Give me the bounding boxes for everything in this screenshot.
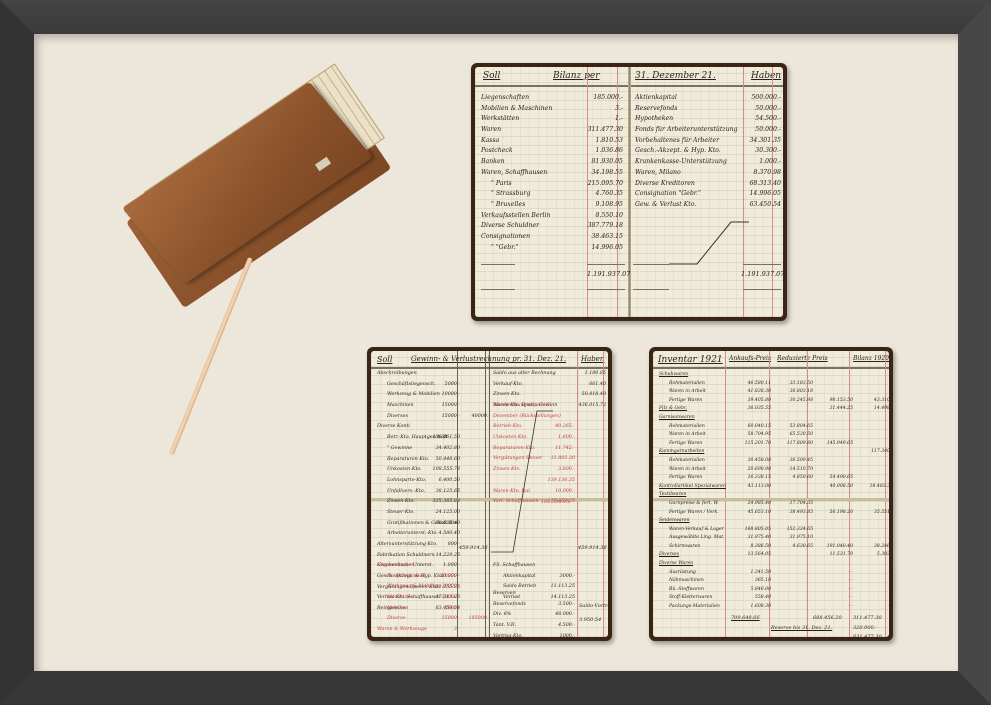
inventory-col-prev: Bilanz 1920 xyxy=(853,355,889,362)
ledger-row-label: Waren, Milano xyxy=(635,168,681,179)
ledger-row: Liegenschaften185.000.- xyxy=(481,93,631,104)
ledger-row-amount: 30000.- xyxy=(442,584,460,591)
ledger-row-amount: 34.402.80 xyxy=(436,446,460,453)
inventory-row: Seidenwaren xyxy=(659,517,889,526)
inventory-row-group: 31.444.25 xyxy=(830,405,853,414)
ledger-row-label: Liegenschaften xyxy=(377,563,414,570)
ledger-row-amount: 11.113.25 xyxy=(551,584,575,591)
inventory-row-label: Bü.-Stoffwaren xyxy=(669,586,704,595)
ledger-row-label: Vorbehaltenes für Arbeiter xyxy=(635,136,719,147)
inventory-row-label: Packungs-Materialien xyxy=(669,603,720,612)
frame-right-edge xyxy=(958,0,991,705)
inventory-row: Diverses13.564.0511.531.705.303.- xyxy=(659,551,889,560)
frame-left-edge xyxy=(0,0,34,705)
ledger-row-amount: 10.000.- xyxy=(555,489,575,496)
ledger-row-label: " Strassburg xyxy=(491,189,530,200)
ledger-row-amount: 38.463.15 xyxy=(592,232,624,243)
ledger-row-subtotal: 40000.- xyxy=(472,414,490,421)
ledger-row: Abschreibungen xyxy=(377,371,492,382)
ledger-row-label: Diverse Kreditoren xyxy=(635,179,695,190)
ledger-row: Werkstätten1.- xyxy=(481,114,631,125)
ledger-row-label: Werkstätten xyxy=(481,114,519,125)
ledger-row-label: Arbeiterunterst.-Kto. xyxy=(387,531,438,538)
ledger-row: Waren & Werkzeuge3.- xyxy=(377,627,492,637)
ledger-row: Diverses15000.-40000.- xyxy=(377,414,492,425)
inventory-row: Schuhwaren xyxy=(659,371,889,380)
ledger-row-amount: 500.000.- xyxy=(751,93,781,104)
ledger-row: Aktienkapital500.000.- xyxy=(635,93,783,104)
ledger-row: " Bruxelles9.108.95 xyxy=(481,200,631,211)
ledger-row-amount: 1.810.53 xyxy=(595,136,623,147)
pl-spread: Soll Gewinn- & Verlustrechnung pr. 31. D… xyxy=(371,351,608,637)
ledger-row: Liegenschaften xyxy=(377,563,492,574)
inventory-row-label: Kontrollartikel Spezialwaren xyxy=(659,483,726,492)
ledger-row-label: Unfallvers.-Kto. xyxy=(387,489,425,496)
ledger-row-amount: 436.015.72 xyxy=(579,403,606,410)
ledger-row: Waren311.477.30 xyxy=(481,125,631,136)
ledger-row-amount: 48.000.- xyxy=(555,612,575,619)
ledger-row-amount: 5000.- xyxy=(445,382,460,389)
ledger-row-label: Waren xyxy=(481,125,501,136)
pl-reserve-list: ReservenReservefonds3.500.-Div. 6%48.000… xyxy=(493,591,577,637)
ledger-row-amount: 1000.- xyxy=(560,634,575,637)
inventory-row-label: Kammgarnarbeiten xyxy=(659,448,704,457)
ledger-row-amount: 63.450.54 xyxy=(750,200,782,211)
inventory-row-group: - - xyxy=(848,594,853,603)
ledger-row-amount: 6.400.50 xyxy=(439,478,460,485)
ledger-row: Aktienkapital3000.- xyxy=(493,574,577,585)
inventory-row-group: 98.153.50 xyxy=(830,397,853,406)
ledger-row: Unkosten-Kto.108.555.78 xyxy=(377,467,492,478)
inventory-row-cost: 13.564.05 xyxy=(748,551,771,560)
ledger-row-label: Maschinen xyxy=(387,403,414,410)
balance-credit-list: Aktienkapital500.000.-Reservefonds50.000… xyxy=(635,93,783,211)
ledger-row: Geschäftsliegensch.5000.- xyxy=(377,382,492,393)
ledger-row-amount: 24.125.00 xyxy=(436,510,460,517)
ledger-row-amount: 4.580.40 xyxy=(439,531,460,538)
ledger-row-label: Tant. V.R. xyxy=(493,623,516,630)
ledger-row: Diverse Schuldner387.779.18 xyxy=(481,221,631,232)
inventory-row-reduced: 33.183.50 xyxy=(790,380,813,389)
ledger-row-amount: 14.996.05 xyxy=(750,189,782,200)
ledger-row-amount: 136.061.50 xyxy=(433,435,460,442)
ledger-row-amount: 1.000.- xyxy=(759,157,781,168)
ledger-row: Reservefonds50.000.- xyxy=(635,104,783,115)
inventory-row-reduced: 152.334.65 xyxy=(787,526,813,535)
ledger-row: Unfallvers.-Kto.38.125.65 xyxy=(377,489,492,500)
ledger-row-label: " Bruxelles xyxy=(491,200,525,211)
ledger-row-label: Mobilien & Maschinen xyxy=(481,104,552,115)
inventory-row-prev: - - xyxy=(888,569,889,578)
inventory-row-cost: 31.975.40 xyxy=(748,534,771,543)
ledger-row-label: Steuer-Kto. xyxy=(387,510,415,517)
ledger-row-label: Saldo Betrieb xyxy=(503,584,536,591)
ledger-row-amount: 3.- xyxy=(615,104,623,115)
bracket-stroke xyxy=(491,409,553,554)
inventory-row-group: - - xyxy=(848,569,853,578)
ledger-row-amount: 387.779.18 xyxy=(588,221,623,232)
inventory-row-label: Waren in Arbeit xyxy=(669,466,706,475)
inventory-row-cost: 36.035.55 xyxy=(748,405,771,414)
ledger-row: Krankenkasse-Unterstützung1.000.- xyxy=(635,157,783,168)
ledger-row: Vorbehaltenes für Arbeiter34.301.35 xyxy=(635,136,783,147)
inventory-row: Diverse Waren xyxy=(659,560,889,569)
ledger-row: Banken81.930.05 xyxy=(481,157,631,168)
ledger-row-amount: 50.620.40 xyxy=(436,521,460,528)
inventory-row-label: Stoff-Kletterwaren xyxy=(669,594,712,603)
pl-header-soll: Soll xyxy=(377,355,392,364)
ledger-row: Hypotheken54.500.- xyxy=(635,114,783,125)
ledger-row-label: Gew. & Verlust Kto. xyxy=(635,200,696,211)
inventory-row: Garnisonwaren xyxy=(659,414,889,423)
ledger-row-label: " "Gebr." xyxy=(491,243,518,254)
rule xyxy=(481,289,515,290)
ledger-row-label: " Gewinne xyxy=(387,446,412,453)
frame-bottom-edge xyxy=(0,671,991,705)
inventory-row: Rohmaterialien60.040.1553.804.65 xyxy=(659,423,889,432)
ledger-row-label: Werkzeug & Mobilien xyxy=(387,584,440,591)
inventory-row-label: Schirmwaren xyxy=(669,543,700,552)
ledger-row: Arbeiterunterst.-Kto.4.580.40 xyxy=(377,531,492,542)
inventory-row-label: Fertige Waren xyxy=(669,397,702,406)
inventory-row-cost: 43.113.00 xyxy=(748,483,771,492)
inventory-row-prev: 14.498.- xyxy=(874,405,889,414)
inventory-row-label: Rohmaterialien xyxy=(669,380,705,389)
ledger-row-label: Kassa xyxy=(481,136,499,147)
ledger-row-label: Unkosten-Kto. xyxy=(387,467,422,474)
inventory-row-label: Waren-Verkauf & Lager xyxy=(669,526,724,535)
inventory-row-cost: 8.386.50 xyxy=(751,543,771,552)
ledger-row-label: Zinsen-Kto. xyxy=(493,392,521,399)
rule xyxy=(633,289,669,290)
ledger-row-amount: 15000.- xyxy=(442,616,460,623)
ledger-row: Lohnsparte-Kto.6.400.50 xyxy=(377,478,492,489)
ledger-row-amount: 9.108.95 xyxy=(595,200,623,211)
ledger-row: " "Gebr."14.996.05 xyxy=(481,243,631,254)
ledger-row-amount: 8.370.98 xyxy=(753,168,781,179)
ledger-row: Consignation "Gebr."14.996.05 xyxy=(635,189,783,200)
inventory-footnote-value: 320.000.- xyxy=(853,625,877,631)
inventory-row-cost: 41.838.30 xyxy=(748,388,771,397)
ledger-row: Fonds für Arbeiterunterstützung50.000.- xyxy=(635,125,783,136)
ledger-row-amount: 1.036.86 xyxy=(595,146,623,157)
ledger-inventory: Inventar 1921 Ankaufs-Preis Reduzierte P… xyxy=(649,347,893,641)
ledger-row-label: Liegenschaften xyxy=(481,93,529,104)
ledger-row: Waren, Schaffhausen34.198.55 xyxy=(481,168,631,179)
inventory-row: Fertige Waren39.405.8030.245.9898.153.50… xyxy=(659,397,889,406)
inventory-row-prev: 18.483.30 xyxy=(870,483,889,492)
ledger-row: Mobilien & Maschinen3.- xyxy=(481,104,631,115)
inventory-row-cost: 58.704.95 xyxy=(748,431,771,440)
ledger-row: Diverse15000.-185000.- xyxy=(377,616,492,627)
ledger-row-label: Reparaturen-Kto. xyxy=(387,457,429,464)
rule xyxy=(633,264,669,265)
ledger-row-label: Aktienkapital xyxy=(503,574,535,581)
inventory-row-cost: 168.805.05 xyxy=(745,526,771,535)
ledger-row: Diverse Konti xyxy=(377,424,492,435)
inventory-total-prev: 311.477.30 xyxy=(853,615,882,621)
ledger-row-label: " Paris xyxy=(491,179,512,190)
ledger-row-amount: 34.301.35 xyxy=(750,136,782,147)
inventory-row-label: Ausgewählte Ling. Mat. xyxy=(669,534,725,543)
ledger-row-label: Diverse Schuldner xyxy=(481,221,539,232)
ledger-row-label: Fabrikation Schuldnern xyxy=(377,553,435,560)
ledger-row: Gew. & Verlust Kto.63.450.54 xyxy=(635,200,783,211)
ledger-row: Vortrag-Kto.1000.- xyxy=(493,634,577,637)
ledger-row-amount: 15000.- xyxy=(442,414,460,421)
ledger-row-amount: 3.800.- xyxy=(558,467,575,474)
ledger-row: " Gewinne34.402.80 xyxy=(377,446,492,457)
rule xyxy=(587,289,625,290)
pl-red-bottom-list: LiegenschaftenHauptliegensch.30000.-Werk… xyxy=(377,563,492,637)
inventory-row: Filz & Gebr.36.035.5531.444.2514.498.- xyxy=(659,405,889,414)
ledger-row: Zinsen-Kto.50.818.40 xyxy=(493,392,608,403)
inventory-row-cost: 46.580.11 xyxy=(748,380,771,389)
ledger-row-amount: 15000.- xyxy=(442,403,460,410)
inventory-total-group: 688.456.20 xyxy=(813,615,842,621)
ledger-row-label: Aktienkapital xyxy=(635,93,677,104)
inventory-row: Fertige Waren115.201.70117.809.80145.949… xyxy=(659,440,889,449)
ledger-row: Verkaufsstellen Berlin8.550.10 xyxy=(481,211,631,222)
ledger-row-amount: 5000.- xyxy=(445,606,460,613)
inventory-row-reduced: 30.245.98 xyxy=(790,397,813,406)
balance-header-soll: Soll xyxy=(483,71,500,81)
ledger-row-amount: 108.555.78 xyxy=(433,467,460,474)
inventory-row: Kontrollartikel Spezialwaren43.113.0040.… xyxy=(659,483,889,492)
ledger-row: Hauptliegensch.30000.- xyxy=(377,574,492,585)
ledger-row: Reservefonds3.500.- xyxy=(493,602,577,613)
ledger-row-amount: 14.229.25 xyxy=(436,553,460,560)
inventory-row-label: Textilwaren xyxy=(659,491,686,500)
ledger-row-label: Verkauf-Kto. xyxy=(493,382,523,389)
ledger-row-amount: 54.500.- xyxy=(755,114,781,125)
inventory-col-reduced: Reduzierte Preis xyxy=(777,355,828,362)
ledger-row: Reparaturen-Kto.50.448.60 xyxy=(377,457,492,468)
closed-notebook xyxy=(122,152,387,372)
balance-header-title-left: Bilanz per xyxy=(553,71,600,81)
ledger-row: Verkauf-Kto.661.40 xyxy=(493,382,608,393)
ledger-row-label: Hauptliegensch. xyxy=(387,574,427,581)
ledger-row-label: Zinsen-Kto. xyxy=(387,499,415,506)
inventory-row-reduced: 36.803.18 xyxy=(790,388,813,397)
ledger-row-label: Verkaufsstellen Berlin xyxy=(481,211,550,222)
inventory-row: Ausgewählte Ling. Mat.31.975.4031.975.10 xyxy=(659,534,889,543)
ledger-row-amount: 3000.- xyxy=(560,574,575,581)
balance-header-title-right: 31. Dezember 21. xyxy=(635,71,716,81)
ledger-row-label: Geschäftsliegensch. xyxy=(387,382,436,389)
ledger-row: Postcheck1.036.86 xyxy=(481,146,631,157)
balance-total-debit: 1.191.937.07 xyxy=(587,270,630,278)
inventory-row-label: Fertige Waren xyxy=(669,474,702,483)
balance-header-haben: Haben xyxy=(751,71,781,81)
ledger-row-label: Fonds für Arbeiterunterstützung xyxy=(635,125,738,136)
ledger-row-label: Abschreibungen xyxy=(377,371,417,378)
ledger-row-amount: 1.- xyxy=(615,114,623,125)
inventory-row-prev: - - xyxy=(888,586,889,595)
inventory-row: Waren in Arbeit20.698.9814.510.70 xyxy=(659,466,889,475)
ledger-row: Saldo aus alter Rechnung1.180.85 xyxy=(493,371,608,382)
inventory-row-prev: 43.310.- xyxy=(874,397,889,406)
inventory-row: Textilwaren xyxy=(659,491,889,500)
inventory-row-label: Rohmaterialien xyxy=(669,423,705,432)
inventory-row-cost: 365.10 xyxy=(755,577,771,586)
balance-debit-list: Liegenschaften185.000.-Mobilien & Maschi… xyxy=(481,93,631,253)
ledger-row-amount: 30.300.- xyxy=(755,146,781,157)
inventory-row-reduced: 38.493.85 xyxy=(790,509,813,518)
ledger-row: Fabrikation Schuldnern14.229.25 xyxy=(377,553,492,564)
inventory-row-label: Waren in Arbeit xyxy=(669,431,706,440)
balance-spread: Soll Bilanz per 31. Dezember 21. Haben L… xyxy=(475,67,783,317)
inventory-row-cost: 30.458.08 xyxy=(748,457,771,466)
inventory-row-label: Diverses xyxy=(659,551,679,560)
ledger-row-amount: 1.180.85 xyxy=(585,371,606,378)
ledger-row-label: Werkzeug & Mobilien xyxy=(387,392,440,399)
ledger-row-label: Consignationen xyxy=(481,232,530,243)
pl-debit-subtotal: 459.914.36 xyxy=(459,545,488,551)
inventory-row-cost: 16.338.15 xyxy=(748,474,771,483)
ledger-row-amount: 8.550.10 xyxy=(595,211,623,222)
ledger-row: Werkzeug & Mobilien30000.- xyxy=(377,584,492,595)
inventory-row: Nähmaschinen365.10- -- - xyxy=(659,577,889,586)
ledger-row-amount: 185.000.- xyxy=(593,93,623,104)
inventory-row: Waren-Verkauf & Lager168.805.05152.334.6… xyxy=(659,526,889,535)
ledger-row-amount: 50.448.60 xyxy=(436,457,460,464)
inventory-row-reduced: 53.804.65 xyxy=(790,423,813,432)
bracket-stroke xyxy=(669,217,749,267)
ledger-row-label: Mobilien xyxy=(387,606,408,613)
ledger-row-label: Consignation "Gebr." xyxy=(635,189,701,200)
inventory-row-reduced: 117.809.80 xyxy=(787,440,813,449)
ledger-row: Zinsen-Kto.325.385.88 xyxy=(377,499,492,510)
ledger-row-amount: 38.125.65 xyxy=(436,489,460,496)
ledger-row-amount: 14.996.05 xyxy=(592,243,624,254)
ledger-row: " Paris215.095.70 xyxy=(481,179,631,190)
inventory-row-prev: 38.246.- xyxy=(874,543,889,552)
ledger-row-label: Diverse Konti xyxy=(377,424,410,431)
ledger-row-label: Krankenkasse-Unterstützung xyxy=(635,157,727,168)
inventory-row: Bü.-Stoffwaren5.846.00- -- - xyxy=(659,586,889,595)
inventory-row-reduced: 17.704.35 xyxy=(790,500,813,509)
inventory-row-prev: - - xyxy=(888,594,889,603)
ledger-row: Maschinen15000.- xyxy=(377,403,492,414)
ledger-balance-sheet: Soll Bilanz per 31. Dezember 21. Haben L… xyxy=(471,63,787,321)
inventory-row-prev: 5.303.- xyxy=(877,551,889,560)
inventory-row-group: 11.531.70 xyxy=(830,551,853,560)
inventory-row-label: Garnpreise & fert. W. xyxy=(669,500,719,509)
ledger-row-label: Altersunterstützung-Kto. xyxy=(377,542,437,549)
ledger-row-label: Reserven xyxy=(493,591,516,598)
ledger-row-amount: 40.265.- xyxy=(555,424,575,431)
header-rule xyxy=(653,367,889,369)
pl-debit-subtotal-right: 459.914.36 xyxy=(578,545,607,551)
rule xyxy=(481,264,515,265)
ledger-row-label: Gesch.-Akzept. & Hyp. Kto. xyxy=(635,146,721,157)
ledger-row-label: Waren, Schaffhausen xyxy=(481,168,547,179)
ledger-row-label: Maschinen xyxy=(387,595,414,602)
ledger-row: Gesch.-Akzept. & Hyp. Kto.30.300.- xyxy=(635,146,783,157)
ledger-row-amount: 50.000.- xyxy=(755,104,781,115)
inventory-row-prev: 35.551.- xyxy=(874,509,889,518)
ledger-row-label: Postcheck xyxy=(481,146,513,157)
ledger-row-subtotal: 185000.- xyxy=(469,616,490,623)
inventory-row-label: Diverse Waren xyxy=(659,560,693,569)
inventory-row-label: Garnisonwaren xyxy=(659,414,695,423)
inventory-list: SchuhwarenRohmaterialien46.580.1133.183.… xyxy=(659,371,889,612)
ledger-row: Waren, Milano8.370.98 xyxy=(635,168,783,179)
ledger-row-amount: 11.742.- xyxy=(555,446,575,453)
ledger-row-amount: 311.477.30 xyxy=(588,125,623,136)
inventory-row-cost: 24.985.40 xyxy=(748,500,771,509)
ledger-row-label: Lohnsparte-Kto. xyxy=(387,478,426,485)
inventory-row: Packungs-Materialien1.608.30- -- - xyxy=(659,603,889,612)
inventory-row-cost: 115.201.70 xyxy=(745,440,771,449)
ledger-row: Diverse Kreditoren68.313.40 xyxy=(635,179,783,190)
inventory-total-cost: 709.648.66 xyxy=(731,615,760,621)
ledger-row: Gratifikationen & Gehalt-Kto.50.620.40 xyxy=(377,521,492,532)
rule xyxy=(743,289,781,290)
inventory-row-group: 191.040.40 xyxy=(827,543,853,552)
inventory-row-prev: 117.340.- xyxy=(871,448,889,457)
inventory-row-reduced: 14.510.70 xyxy=(790,466,813,475)
ledger-row-amount: 4.500.- xyxy=(558,623,575,630)
inventory-col-cost: Ankaufs-Preis xyxy=(729,355,771,362)
ledger-row: Werkzeug & Mobilien10000.- xyxy=(377,392,492,403)
ledger-row-amount: 4.760.35 xyxy=(595,189,623,200)
inventory-row-reduced: 4.630.65 xyxy=(793,543,813,552)
inventory-row-prev: - - xyxy=(888,577,889,586)
inventory-row-group: 54.490.65 xyxy=(830,474,853,483)
inventory-row-label: Waren in Arbeit xyxy=(669,388,706,397)
inventory-row-cost: 39.405.80 xyxy=(748,397,771,406)
ledger-row: Betr.-Kto. Hauptgeschäft136.061.50 xyxy=(377,435,492,446)
inventory-row-label: Rohmaterialien xyxy=(669,457,705,466)
inventory-row: Kammgarnarbeiten117.340.- xyxy=(659,448,889,457)
ledger-row-label: Div. 6% xyxy=(493,612,511,619)
ledger-row-amount: 215.095.70 xyxy=(588,179,623,190)
ledger-row-label: Waren & Werkzeuge xyxy=(377,627,427,634)
inventory-row-label: Schuhwaren xyxy=(659,371,688,380)
inventory-header-title: Inventar 1921 xyxy=(658,355,723,365)
inventory-row: Schirmwaren8.386.504.630.65191.040.4038.… xyxy=(659,543,889,552)
ledger-row-amount: 68.313.40 xyxy=(750,179,782,190)
ledger-row: Reserven xyxy=(493,591,577,602)
ledger-row: Consignationen38.463.15 xyxy=(481,232,631,243)
inventory-row: Waren in Arbeit41.838.3036.803.18 xyxy=(659,388,889,397)
inventory-row-group: - - xyxy=(848,586,853,595)
inventory-footnote: Reserve bis 31. Dez. 21. xyxy=(771,625,832,631)
inventory-row-cost: 1.608.30 xyxy=(751,603,771,612)
ledger-row-amount: 50.000.- xyxy=(755,125,781,136)
inventory-row-label: Fertige Waren / Verk. xyxy=(669,509,719,518)
ledger-row-amount: 30000.- xyxy=(442,595,460,602)
ledger-row: " Strassburg4.760.35 xyxy=(481,189,631,200)
ledger-row-amount: 81.930.05 xyxy=(592,157,624,168)
ledger-row: Tant. V.R.4.500.- xyxy=(493,623,577,634)
inventory-spread: Inventar 1921 Ankaufs-Preis Reduzierte P… xyxy=(653,351,889,637)
inventory-row: Fertige Waren / Verk.45.653.1038.493.855… xyxy=(659,509,889,518)
inventory-row-cost: 558.40 xyxy=(755,594,771,603)
inventory-row-cost: 5.846.00 xyxy=(751,586,771,595)
ledger-row-amount: 31.805.30 xyxy=(551,456,575,463)
inventory-row-group: 145.949.65 xyxy=(827,440,853,449)
inventory-row: Rohmaterialien30.458.0836.509.45 xyxy=(659,457,889,466)
ledger-row-label: Diverses xyxy=(387,414,408,421)
ledger-row-amount: 50.818.40 xyxy=(582,392,606,399)
inventory-final-value: 631.477.30 xyxy=(853,634,882,637)
inventory-row-group: 56.198.20 xyxy=(830,509,853,518)
ledger-row-label: Banken xyxy=(481,157,505,168)
inventory-row-group: 40.006.50 xyxy=(830,483,853,492)
